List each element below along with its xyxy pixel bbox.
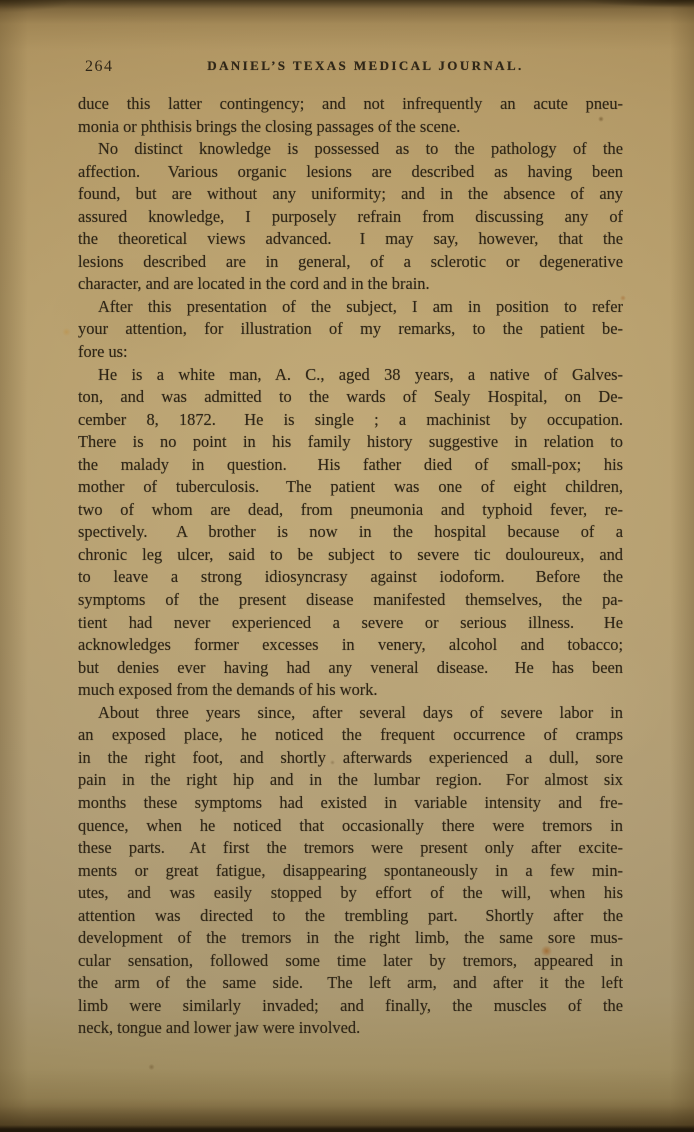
book-page-scan: 264 DANIEL’S TEXAS MEDICAL JOURNAL. duce… bbox=[0, 0, 694, 1132]
paragraph: duce this latter contingency; and not in… bbox=[78, 93, 623, 138]
text-line: pain in the right hip and in the lumbar … bbox=[78, 769, 623, 792]
text-line: fore us: bbox=[78, 341, 623, 364]
text-line: development of the tremors in the right … bbox=[78, 927, 623, 950]
paragraph: After this presentation of the subject, … bbox=[78, 296, 623, 364]
text-line: quence, when he noticed that occasionall… bbox=[78, 815, 623, 838]
text-line: to leave a strong idiosyncrasy against i… bbox=[78, 566, 623, 589]
text-line: symptoms of the present disease manifest… bbox=[78, 589, 623, 612]
text-line: found, but are without any uniformity; a… bbox=[78, 183, 623, 206]
text-line: two of whom are dead, from pneumonia and… bbox=[78, 499, 623, 522]
text-line: ments or great fatigue, disappearing spo… bbox=[78, 860, 623, 883]
text-line: months these symptoms had existed in var… bbox=[78, 792, 623, 815]
text-line: affection. Various organic lesions are d… bbox=[78, 161, 623, 184]
text-line: There is no point in his family history … bbox=[78, 431, 623, 454]
running-title: DANIEL’S TEXAS MEDICAL JOURNAL. bbox=[78, 58, 623, 74]
text-line: the malady in question. His father died … bbox=[78, 454, 623, 477]
text-line: cular sensation, followed some time late… bbox=[78, 950, 623, 973]
text-line: He is a white man, A. C., aged 38 years,… bbox=[78, 364, 623, 387]
text-line: After this presentation of the subject, … bbox=[78, 296, 623, 319]
text-line: the theoretical views advanced. I may sa… bbox=[78, 228, 623, 251]
text-line: attention was directed to the trembling … bbox=[78, 905, 623, 928]
paragraph: About three years since, after several d… bbox=[78, 702, 623, 1040]
text-line: monia or phthisis brings the closing pas… bbox=[78, 116, 623, 139]
text-line: neck, tongue and lower jaw were involved… bbox=[78, 1017, 623, 1040]
text-line: your attention, for illustration of my r… bbox=[78, 318, 623, 341]
paragraph: He is a white man, A. C., aged 38 years,… bbox=[78, 364, 623, 702]
text-line: duce this latter contingency; and not in… bbox=[78, 93, 623, 116]
text-line: About three years since, after several d… bbox=[78, 702, 623, 725]
text-line: but denies ever having had any veneral d… bbox=[78, 657, 623, 680]
text-line: tient had never experienced a severe or … bbox=[78, 612, 623, 635]
page-number: 264 bbox=[85, 58, 114, 76]
paper-stain bbox=[62, 328, 71, 336]
paper-stain bbox=[148, 1064, 155, 1070]
page-header: 264 DANIEL’S TEXAS MEDICAL JOURNAL. bbox=[78, 58, 623, 78]
text-line: utes, and was easily stopped by effort o… bbox=[78, 882, 623, 905]
text-line: ton, and was admitted to the wards of Se… bbox=[78, 386, 623, 409]
text-line: mother of tuberculosis. The patient was … bbox=[78, 476, 623, 499]
text-line: chronic leg ulcer, said to be subject to… bbox=[78, 544, 623, 567]
text-body: duce this latter contingency; and not in… bbox=[78, 93, 623, 1040]
text-line: an exposed place, he noticed the frequen… bbox=[78, 724, 623, 747]
text-line: lesions described are in general, of a s… bbox=[78, 251, 623, 274]
text-line: limb were similarly invaded; and finally… bbox=[78, 995, 623, 1018]
text-line: in the right foot, and shortly afterward… bbox=[78, 747, 623, 770]
text-line: No distinct knowledge is possessed as to… bbox=[78, 138, 623, 161]
text-line: these parts. At first the tremors were p… bbox=[78, 837, 623, 860]
text-line: much exposed from the demands of his wor… bbox=[78, 679, 623, 702]
text-line: acknowledges former excesses in venery, … bbox=[78, 634, 623, 657]
text-line: cember 8, 1872. He is single ; a machini… bbox=[78, 409, 623, 432]
text-line: character, and are located in the cord a… bbox=[78, 273, 623, 296]
text-line: the arm of the same side. The left arm, … bbox=[78, 972, 623, 995]
text-line: assured knowledge, I purposely refrain f… bbox=[78, 206, 623, 229]
paragraph: No distinct knowledge is possessed as to… bbox=[78, 138, 623, 296]
text-line: spectively. A brother is now in the hosp… bbox=[78, 521, 623, 544]
